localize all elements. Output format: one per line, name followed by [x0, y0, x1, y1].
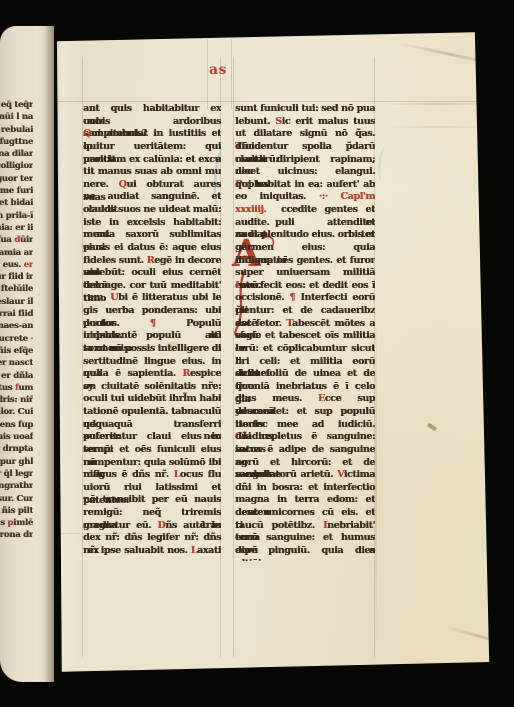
- text-run: oculi tui uidebūt ihrl̃m habi: [83, 393, 221, 404]
- text-run: on ciuitatē solēnitatis nr̃e:: [83, 381, 221, 392]
- fragment-line: ñis pilt: [0, 505, 33, 517]
- text-run: it eq̄ teq̄r: [0, 100, 33, 110]
- text-line: uiorū riui latissimi et patentes:: [83, 482, 221, 495]
- text-line: cientur: et de cadaueribz ascē: [235, 305, 375, 318]
- text-line: fideles sunt. Regē in decore suo: [83, 255, 221, 268]
- ink-stain: [427, 423, 438, 432]
- fragment-line: ñ q̄ drnpta: [0, 443, 33, 455]
- text-run: dius meus.: [235, 393, 318, 404]
- text-column-2: sunt funiculi tui: sed nō pualebunt. Sic…: [235, 103, 375, 561]
- fragment-line: ur q̄l legr: [0, 468, 33, 480]
- fragment-line: ariens fup: [0, 419, 33, 431]
- manuscript-photo-scene: it eq̄ teq̄ru nūi l naig rebulaieñ fugtt…: [0, 0, 514, 707]
- text-run: ms et bidai: [0, 198, 33, 208]
- text-line: ta ut nō possis intelligere di: [83, 343, 221, 356]
- fragment-line: e's pimlē: [0, 517, 33, 529]
- ruling-line: [233, 57, 234, 657]
- text-run: u nūi l na: [0, 112, 33, 122]
- text-line: dent unicornes cū eis. et tau: [235, 507, 375, 520]
- rubricated-text: ¶: [150, 318, 186, 329]
- fragment-line: ms et bidai: [0, 197, 33, 209]
- rubricated-text: E: [318, 393, 325, 404]
- text-run: tit manus suas ab omni mu: [83, 166, 221, 177]
- fragment-line: u nūi l na: [0, 111, 33, 123]
- text-line: gredietur eū. Dñs autē iu: [83, 520, 221, 533]
- text-line: germen eius: quia indignatio: [235, 242, 375, 255]
- fragment-line: eeslaur il.: [0, 296, 33, 308]
- text-line: magna in terra edom: et descen: [235, 494, 375, 507]
- text-line: quoniā inebriatus ē ī celo gla: [235, 381, 375, 394]
- rubricated-text: R: [182, 368, 190, 379]
- fragment-line: malor. Cui: [0, 406, 33, 418]
- text-line: delonge. cor tuū meditabit' timo: [83, 280, 221, 293]
- fragment-line: e colligior: [0, 160, 33, 172]
- fragment-line: r. er nasct: [0, 357, 33, 369]
- text-run: ñs autē iu: [165, 520, 221, 531]
- text-run: uur fiid ir: [0, 272, 33, 282]
- text-run: uaritiam ex calūnia: et excu: [83, 154, 221, 165]
- crease: [385, 103, 490, 105]
- text-line: cum ardoribus sempiternis?: [83, 116, 221, 129]
- text-run: eo iniquitas.: [235, 191, 319, 202]
- text-line: nulla ē sapientia. Respice sy: [83, 368, 221, 381]
- text-line: tionis mee ad iudiciū. Gladius: [235, 419, 375, 432]
- text-line: ternū: et oēs funiculi eius nō: [83, 444, 221, 457]
- text-line: lebunt. Sic erit malus tuus: [235, 116, 375, 129]
- crease: [397, 42, 505, 68]
- text-run: fideles sunt.: [83, 255, 147, 266]
- text-run: r ngrathr: [0, 481, 33, 491]
- text-line: ccedite gentes et audite. et: [235, 204, 375, 217]
- text-run: is eus.: [0, 260, 24, 270]
- text-line: rem. Ubi ē litteratus ubi le: [83, 292, 221, 305]
- text-run: ictima: [344, 469, 375, 480]
- text-column-1: ant quis habitabitur ex uobiscum ardorib…: [83, 103, 221, 561]
- text-line: sertitudinē lingue eius. in qua: [83, 356, 221, 369]
- fragment-line: t in prila-ī: [0, 210, 33, 222]
- text-run: ñis pilt: [2, 506, 33, 516]
- text-run: imlē: [13, 518, 33, 528]
- text-run: ic erit malus tuus: [282, 116, 375, 127]
- text-run: Lucrete: [0, 334, 28, 344]
- text-line: satus ē adipe de sanguine ag: [235, 444, 375, 457]
- text-line: panis ei datus ē: aque eius: [83, 242, 221, 255]
- fragment-line: r plme furi: [0, 185, 33, 197]
- text-run: um: [18, 383, 33, 393]
- text-line: diuidentur spolia p̃darū multarū:: [235, 141, 375, 154]
- text-line: medullatorū arietū. Victima: [235, 469, 375, 482]
- text-line: eo iniquitas. ·:· Capl'm xxxiiij.: [235, 191, 375, 204]
- text-run: unaes-an: [0, 321, 33, 331]
- text-line: nere. Qui obturat aures suas: [83, 179, 221, 192]
- text-line: uaritiam ex calūnia: et excu: [83, 154, 221, 167]
- text-run: ñis efq̄e: [0, 346, 33, 356]
- fragment-line: ig rebulai: [0, 124, 33, 136]
- ruling-line: [207, 39, 208, 109]
- text-line: nequaquā transferri poterit: nec: [83, 419, 221, 432]
- text-run: ur q̄l legr: [0, 469, 33, 479]
- text-line: nr̃: ipse saluabit nos. Laxati: [83, 545, 221, 558]
- text-line: claudi diripient rapinam; nec: [235, 154, 375, 167]
- text-run: dñi sup oēs gentes. et furor: [235, 255, 375, 266]
- text-line: auferentur claui eius in sempi: [83, 431, 221, 444]
- text-run: r. er nasct: [0, 358, 33, 368]
- text-run: occisionē.: [235, 292, 289, 303]
- text-line: super uniuersam militiā eorū.: [235, 267, 375, 280]
- text-run: nguis uoaf: [0, 432, 33, 442]
- fragment-line: nguis uoaf: [0, 431, 33, 443]
- text-line: oculos suos ne uideat malū:: [83, 204, 221, 217]
- text-run: ariens fup: [0, 420, 33, 430]
- fragment-line: girona dr.: [0, 529, 33, 541]
- text-run: aulhia: er ii: [0, 223, 33, 233]
- text-line: qui habitat in ea: aufert' ab: [235, 179, 375, 192]
- text-line: tationē opulentā. tabnaculū qd: [83, 406, 221, 419]
- text-run: [235, 224, 275, 225]
- text-run: ocus flu: [180, 469, 221, 480]
- text-line: bri celi: et militia eorū defluet: [235, 356, 375, 369]
- text-run: nterfecit eos: et dedit eos ī: [239, 280, 375, 291]
- text-line: menta saxorū sublimitas eius:: [83, 229, 221, 242]
- crease: [388, 126, 488, 128]
- rubricated-text: V: [337, 469, 344, 480]
- text-run: gapur ghl: [0, 457, 33, 467]
- show-through-initial: [376, 147, 389, 182]
- text-line: sunt funiculi tui: sed nō pua: [235, 103, 375, 116]
- text-run: e ftelūile: [0, 284, 33, 294]
- fragment-line: ne na dilar: [0, 148, 33, 160]
- manuscript-page: as A ant quis habitabitur ex uobiscum ar…: [48, 27, 495, 677]
- text-run: il: er dñla: [0, 371, 33, 381]
- text-run: nr̃: ipse saluabit nos.: [83, 545, 191, 556]
- fragment-line: il: er dñla: [0, 370, 33, 382]
- text-run: lebunt.: [235, 116, 275, 127]
- text-line: tit manus suas ab omni mu: [83, 166, 221, 179]
- text-run: uerrai fiid: [0, 309, 33, 319]
- text-line: sicut foliū de uinea et de ficu:: [235, 368, 375, 381]
- fragment-line: ñis efq̄e: [0, 345, 33, 357]
- text-line: nō transibit per eū nauis: [83, 494, 221, 507]
- rubricated-text: R: [147, 255, 155, 266]
- text-run: dicet uicinus: elangui.: [235, 166, 375, 177]
- text-run: ūir: [20, 235, 33, 245]
- text-run: nere.: [83, 179, 118, 190]
- fragment-line: fua dūir: [0, 234, 33, 246]
- text-line: ne audiat sanguinē. et claudit: [83, 191, 221, 204]
- text-line: ut dilatare signū nō q̃as. Tūc: [235, 128, 375, 141]
- fragment-line: r ngrathr: [0, 480, 33, 492]
- text-run: girona dr.: [0, 530, 33, 540]
- text-run: ñ q̄ drnpta: [0, 444, 33, 454]
- text-run: e colligior: [0, 161, 33, 171]
- rubricated-text: ¶: [289, 292, 300, 303]
- text-run: gredietur eū.: [83, 520, 157, 531]
- text-run: r plme furi: [0, 186, 33, 196]
- text-run: medullatorū arietū.: [235, 469, 337, 480]
- text-line: nificus ē dñs nr̃. Locus flu: [83, 469, 221, 482]
- text-run: malor. Cui: [0, 407, 33, 417]
- text-run: nificus ē dñs nr̃.: [83, 469, 174, 480]
- fragment-line: is eus. er: [0, 259, 33, 271]
- text-line: quitur ueritātem: qui proicit a: [83, 141, 221, 154]
- text-line: dñi sup oēs gentes. et furor: [235, 255, 375, 268]
- text-run: axati: [197, 545, 221, 556]
- text-run: fua: [0, 235, 14, 245]
- text-run: ut dilatare signū nō q̃as.: [235, 128, 375, 139]
- text-run: oculos suos ne uideat malū:: [83, 204, 221, 215]
- fragment-line: e ftelūile: [0, 283, 33, 295]
- rubricated-text: ·: [28, 334, 33, 344]
- text-line: eorū. et tabescet oīs militia ce: [235, 330, 375, 343]
- text-run: t in prila-ī: [0, 211, 33, 221]
- text-line: uidebūt: oculi eius cernēt terrā: [83, 267, 221, 280]
- text-line: dñi repletus ē sanguine: incras: [235, 431, 375, 444]
- fragment-line: r uisur. Cur: [0, 493, 33, 505]
- text-line: puli attendite: audiat ter: [235, 217, 375, 230]
- text-line: dex nr̃: dñs legifer nr̃: dñs rex: [83, 532, 221, 545]
- text-run: ri cū potētibz.: [235, 520, 323, 531]
- text-line: det fetor. Tabescēt mōtes a sāgie: [235, 318, 375, 331]
- text-run: r uisur. Cur: [0, 494, 33, 504]
- rubricated-text: Q: [83, 128, 91, 139]
- fragment-line: uur fiid ir: [0, 271, 33, 283]
- text-line: ant quis habitabitur ex uobis: [83, 103, 221, 116]
- text-line: uidebis. populū alti sermonis: i: [83, 330, 221, 343]
- fragment-line: er famia ar: [0, 247, 33, 259]
- text-run: bi ē litteratus ubi le: [118, 292, 221, 303]
- text-line: puulos. ¶ Populū impudentē nō: [83, 318, 221, 331]
- crease: [375, 297, 377, 657]
- ruling-line: [56, 101, 481, 102]
- fragment-line: eñ fugttne: [0, 136, 33, 148]
- text-run: qui habitat in ea: aufert' ab: [235, 179, 375, 190]
- text-line: descendet: et sup populū iterfec: [235, 406, 375, 419]
- text-run: eñ fugttne: [0, 137, 33, 147]
- fragment-line: Aliguor ter: [0, 173, 33, 185]
- text-run: tionis mee ad iudiciū.: [235, 419, 375, 430]
- text-line: on ciuitatē solēnitatis nr̃e:: [83, 381, 221, 394]
- text-run: dris: nir̄: [0, 395, 33, 405]
- rubricated-text: er: [24, 260, 33, 270]
- text-line: oculi tui uidebūt ihrl̃m habi: [83, 393, 221, 406]
- text-run: eeslaur il.: [0, 297, 33, 307]
- text-line: norū et hircorū: et de sanguine: [235, 457, 375, 470]
- text-line: iste in excelsis habitabit: muni: [83, 217, 221, 230]
- text-line: rumpentur: quia solūmō ibi mag: [83, 457, 221, 470]
- text-run: rem.: [83, 292, 110, 303]
- running-header: as: [209, 62, 227, 78]
- text-run: Aliguor ter: [0, 174, 33, 184]
- crease: [444, 625, 514, 647]
- text-line: dius meus. Ecce sup ydumeā: [235, 393, 375, 406]
- text-line: gis uerba ponderans: ubi doctor: [83, 305, 221, 318]
- fragment-line: ttus fum: [0, 382, 33, 394]
- text-line: ri cū potētibz. Inebriabit' terra: [235, 520, 375, 533]
- ruling-line: [231, 39, 232, 109]
- text-line: eorū sanguine: et humus eorū a: [235, 532, 375, 545]
- text-run: sunt funiculi tui: sed nō pua: [235, 103, 375, 114]
- facing-page-text-fragments: it eq̄ teq̄ru nūi l naig rebulaieñ fugtt…: [0, 99, 33, 542]
- fragment-line: it eq̄ teq̄r: [0, 99, 33, 111]
- text-run: panis ei datus ē: aque eius: [83, 242, 221, 253]
- text-run: ta ut nō possis intelligere di: [83, 343, 221, 354]
- text-run: det fetor.: [235, 318, 286, 329]
- fragment-line: dris: nir̄: [0, 394, 33, 406]
- text-run: dñi in bosra: et interfectio: [235, 482, 375, 493]
- text-line: remigū: neq̃ triremis magna trās: [83, 507, 221, 520]
- text-line: dipe pinguiū. quia dies ultiōis: [235, 545, 375, 558]
- text-run: nō transibit per eū nauis: [83, 494, 221, 505]
- fragment-line: gapur ghl: [0, 456, 33, 468]
- text-line: lorū: et cōplicabuntur sicut li: [235, 343, 375, 356]
- text-run: ttus: [0, 383, 15, 393]
- rubricated-text: U: [110, 292, 118, 303]
- text-line: dicet uicinus: elangui. Poplus: [235, 166, 375, 179]
- text-run: ig rebulai: [0, 125, 33, 135]
- text-run: nulla ē sapientia.: [83, 368, 182, 379]
- fragment-line: aulhia: er ii: [0, 222, 33, 234]
- fragment-line: · Lucrete: [0, 333, 33, 345]
- text-line: Interfecit eos: et dedit eos ī: [235, 280, 375, 293]
- fragment-line: unaes-an: [0, 320, 33, 332]
- text-run: er famia ar: [0, 248, 33, 258]
- text-run: [235, 211, 281, 212]
- text-run: puulos.: [83, 318, 150, 329]
- text-run: ne na dilar: [0, 149, 33, 159]
- text-run: dipe pinguiū. quia dies ultiōis: [235, 545, 375, 561]
- text-line: Qui ambulat in iustitiis et lo: [83, 128, 221, 141]
- text-line: ra et plenitudo eius. orbis et oē: [235, 229, 375, 242]
- fragment-line: uerrai fiid: [0, 308, 33, 320]
- text-line: occisionē. ¶ Interfecti eorū p̃ii: [235, 292, 375, 305]
- text-line: dñi in bosra: et interfectio: [235, 482, 375, 495]
